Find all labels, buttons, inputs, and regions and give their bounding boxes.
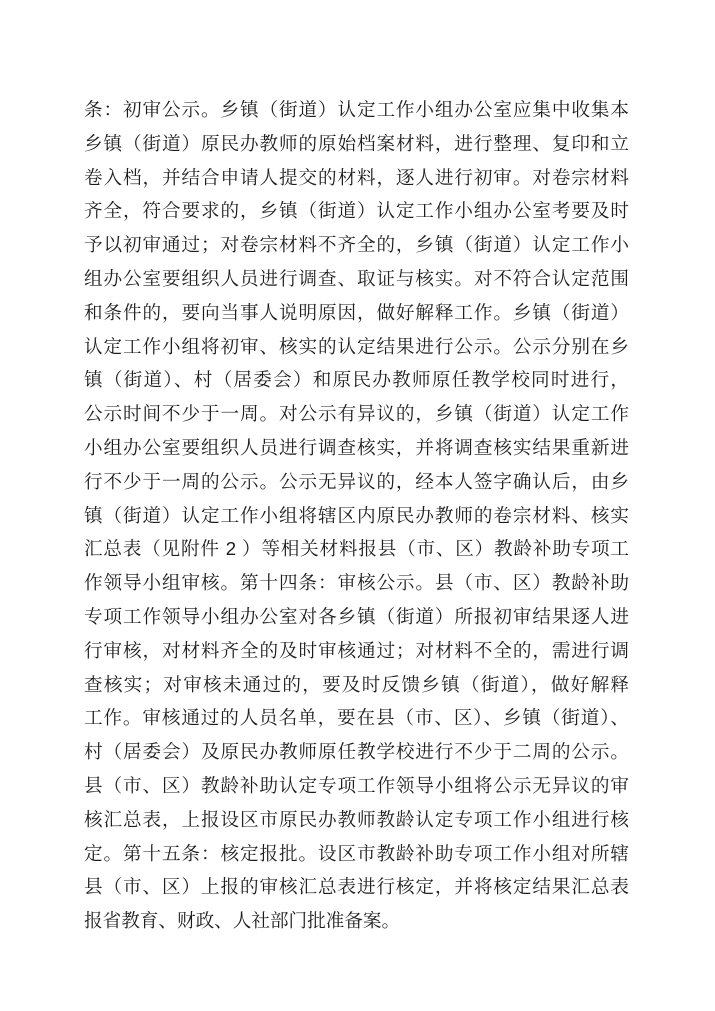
text-line: 行审核，对材料齐全的及时审核通过；对材料不全的，需进行调: [84, 634, 629, 668]
document-page: 条：初审公示。乡镇（街道）认定工作小组办公室应集中收集本 乡镇（街道）原民办教师…: [0, 0, 715, 1011]
text-line: 县（市、区）教龄补助认定专项工作领导小组将公示无异议的审: [84, 769, 629, 803]
text-line: 作领导小组审核。第十四条：审核公示。县（市、区）教龄补助: [84, 566, 629, 600]
text-line: 定。第十五条：核定报批。设区市教龄补助专项工作小组对所辖: [84, 837, 629, 871]
text-line: 查核实；对审核未通过的，要及时反馈乡镇（街道），做好解释: [84, 668, 629, 702]
text-line: 报省教育、财政、人社部门批准备案。: [84, 904, 629, 938]
text-line: 核汇总表，上报设区市原民办教师教龄认定专项工作小组进行核: [84, 803, 629, 837]
text-line: 村（居委会）及原民办教师原任教学校进行不少于二周的公示。: [84, 735, 629, 769]
text-line: 组办公室要组织人员进行调查、取证与核实。对不符合认定范围: [84, 262, 629, 296]
text-line: 镇（街道）认定工作小组将辖区内原民办教师的卷宗材料、核实: [84, 499, 629, 533]
text-line: 齐全，符合要求的，乡镇（街道）认定工作小组办公室考要及时: [84, 194, 629, 228]
text-line: 县（市、区）上报的审核汇总表进行核定，并将核定结果汇总表: [84, 870, 629, 904]
text-line: 和条件的，要向当事人说明原因，做好解释工作。乡镇（街道）: [84, 296, 629, 330]
page-background: { "page": { "background_color": "#ffffff…: [0, 0, 715, 1011]
text-line: 汇总表（见附件 2 ）等相关材料报县（市、区）教龄补助专项工: [84, 532, 629, 566]
text-line: 工作。审核通过的人员名单，要在县（市、区）、乡镇（街道）、: [84, 701, 629, 735]
text-line: 专项工作领导小组办公室对各乡镇（街道）所报初审结果逐人进: [84, 600, 629, 634]
text-line: 公示时间不少于一周。对公示有异议的，乡镇（街道）认定工作: [84, 397, 629, 431]
text-line: 卷入档，并结合申请人提交的材料，逐人进行初审。对卷宗材料: [84, 161, 629, 195]
text-line: 镇（街道）、村（居委会）和原民办教师原任教学校同时进行，: [84, 363, 629, 397]
document-body-text: 条：初审公示。乡镇（街道）认定工作小组办公室应集中收集本 乡镇（街道）原民办教师…: [84, 93, 629, 938]
text-line: 行不少于一周的公示。公示无异议的，经本人签字确认后，由乡: [84, 465, 629, 499]
text-line: 小组办公室要组织人员进行调查核实，并将调查核实结果重新进: [84, 431, 629, 465]
text-line: 予以初审通过；对卷宗材料不齐全的，乡镇（街道）认定工作小: [84, 228, 629, 262]
text-line: 乡镇（街道）原民办教师的原始档案材料，进行整理、复印和立: [84, 127, 629, 161]
text-line: 认定工作小组将初审、核实的认定结果进行公示。公示分别在乡: [84, 330, 629, 364]
text-line: 条：初审公示。乡镇（街道）认定工作小组办公室应集中收集本: [84, 93, 629, 127]
